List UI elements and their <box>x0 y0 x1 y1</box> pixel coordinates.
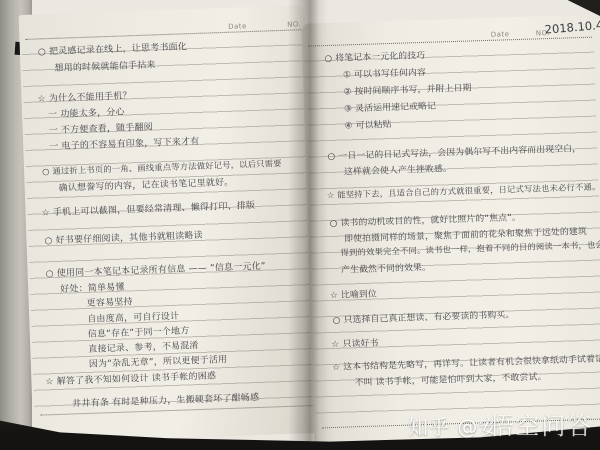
date-label: Date <box>228 22 247 31</box>
right-page: Date NO. 2018.10.4 ○ 将笔记本一元化的技巧 ① 可以书写任何… <box>301 15 600 450</box>
handwritten-line: ☆ 只读好书 <box>331 336 378 350</box>
handwritten-line: ☆ 比喻到位 <box>330 287 377 301</box>
date-label: Date <box>491 30 510 39</box>
watermark: 知乎 @安悟空问答 <box>408 406 593 441</box>
notebook-photo: Date NO. ○ 把灵感记录在线上，让思考书面化 想用的时候就能信手拈来 ☆… <box>0 0 600 450</box>
handwritten-line: 更容易坚持 <box>86 294 132 309</box>
background-corner <box>550 0 600 16</box>
handwritten-line: ④ 可以粘贴 <box>344 117 391 131</box>
handwritten-line: 一 功能太多，分心 <box>48 104 125 120</box>
left-page: Date NO. ○ 把灵感记录在线上，让思考书面化 想用的时候就能信手拈来 ☆… <box>19 5 320 443</box>
no-label: NO. <box>287 20 301 28</box>
handwritten-date: 2018.10.4 <box>544 18 600 37</box>
watermark-zhihu: 知乎 @安 <box>408 415 499 439</box>
handwritten-line: 好处：简单易懂 <box>60 280 125 295</box>
watermark-wukong: 悟空问答 <box>489 412 593 440</box>
handwritten-line: ① 可以书写任何内容 <box>343 65 426 81</box>
